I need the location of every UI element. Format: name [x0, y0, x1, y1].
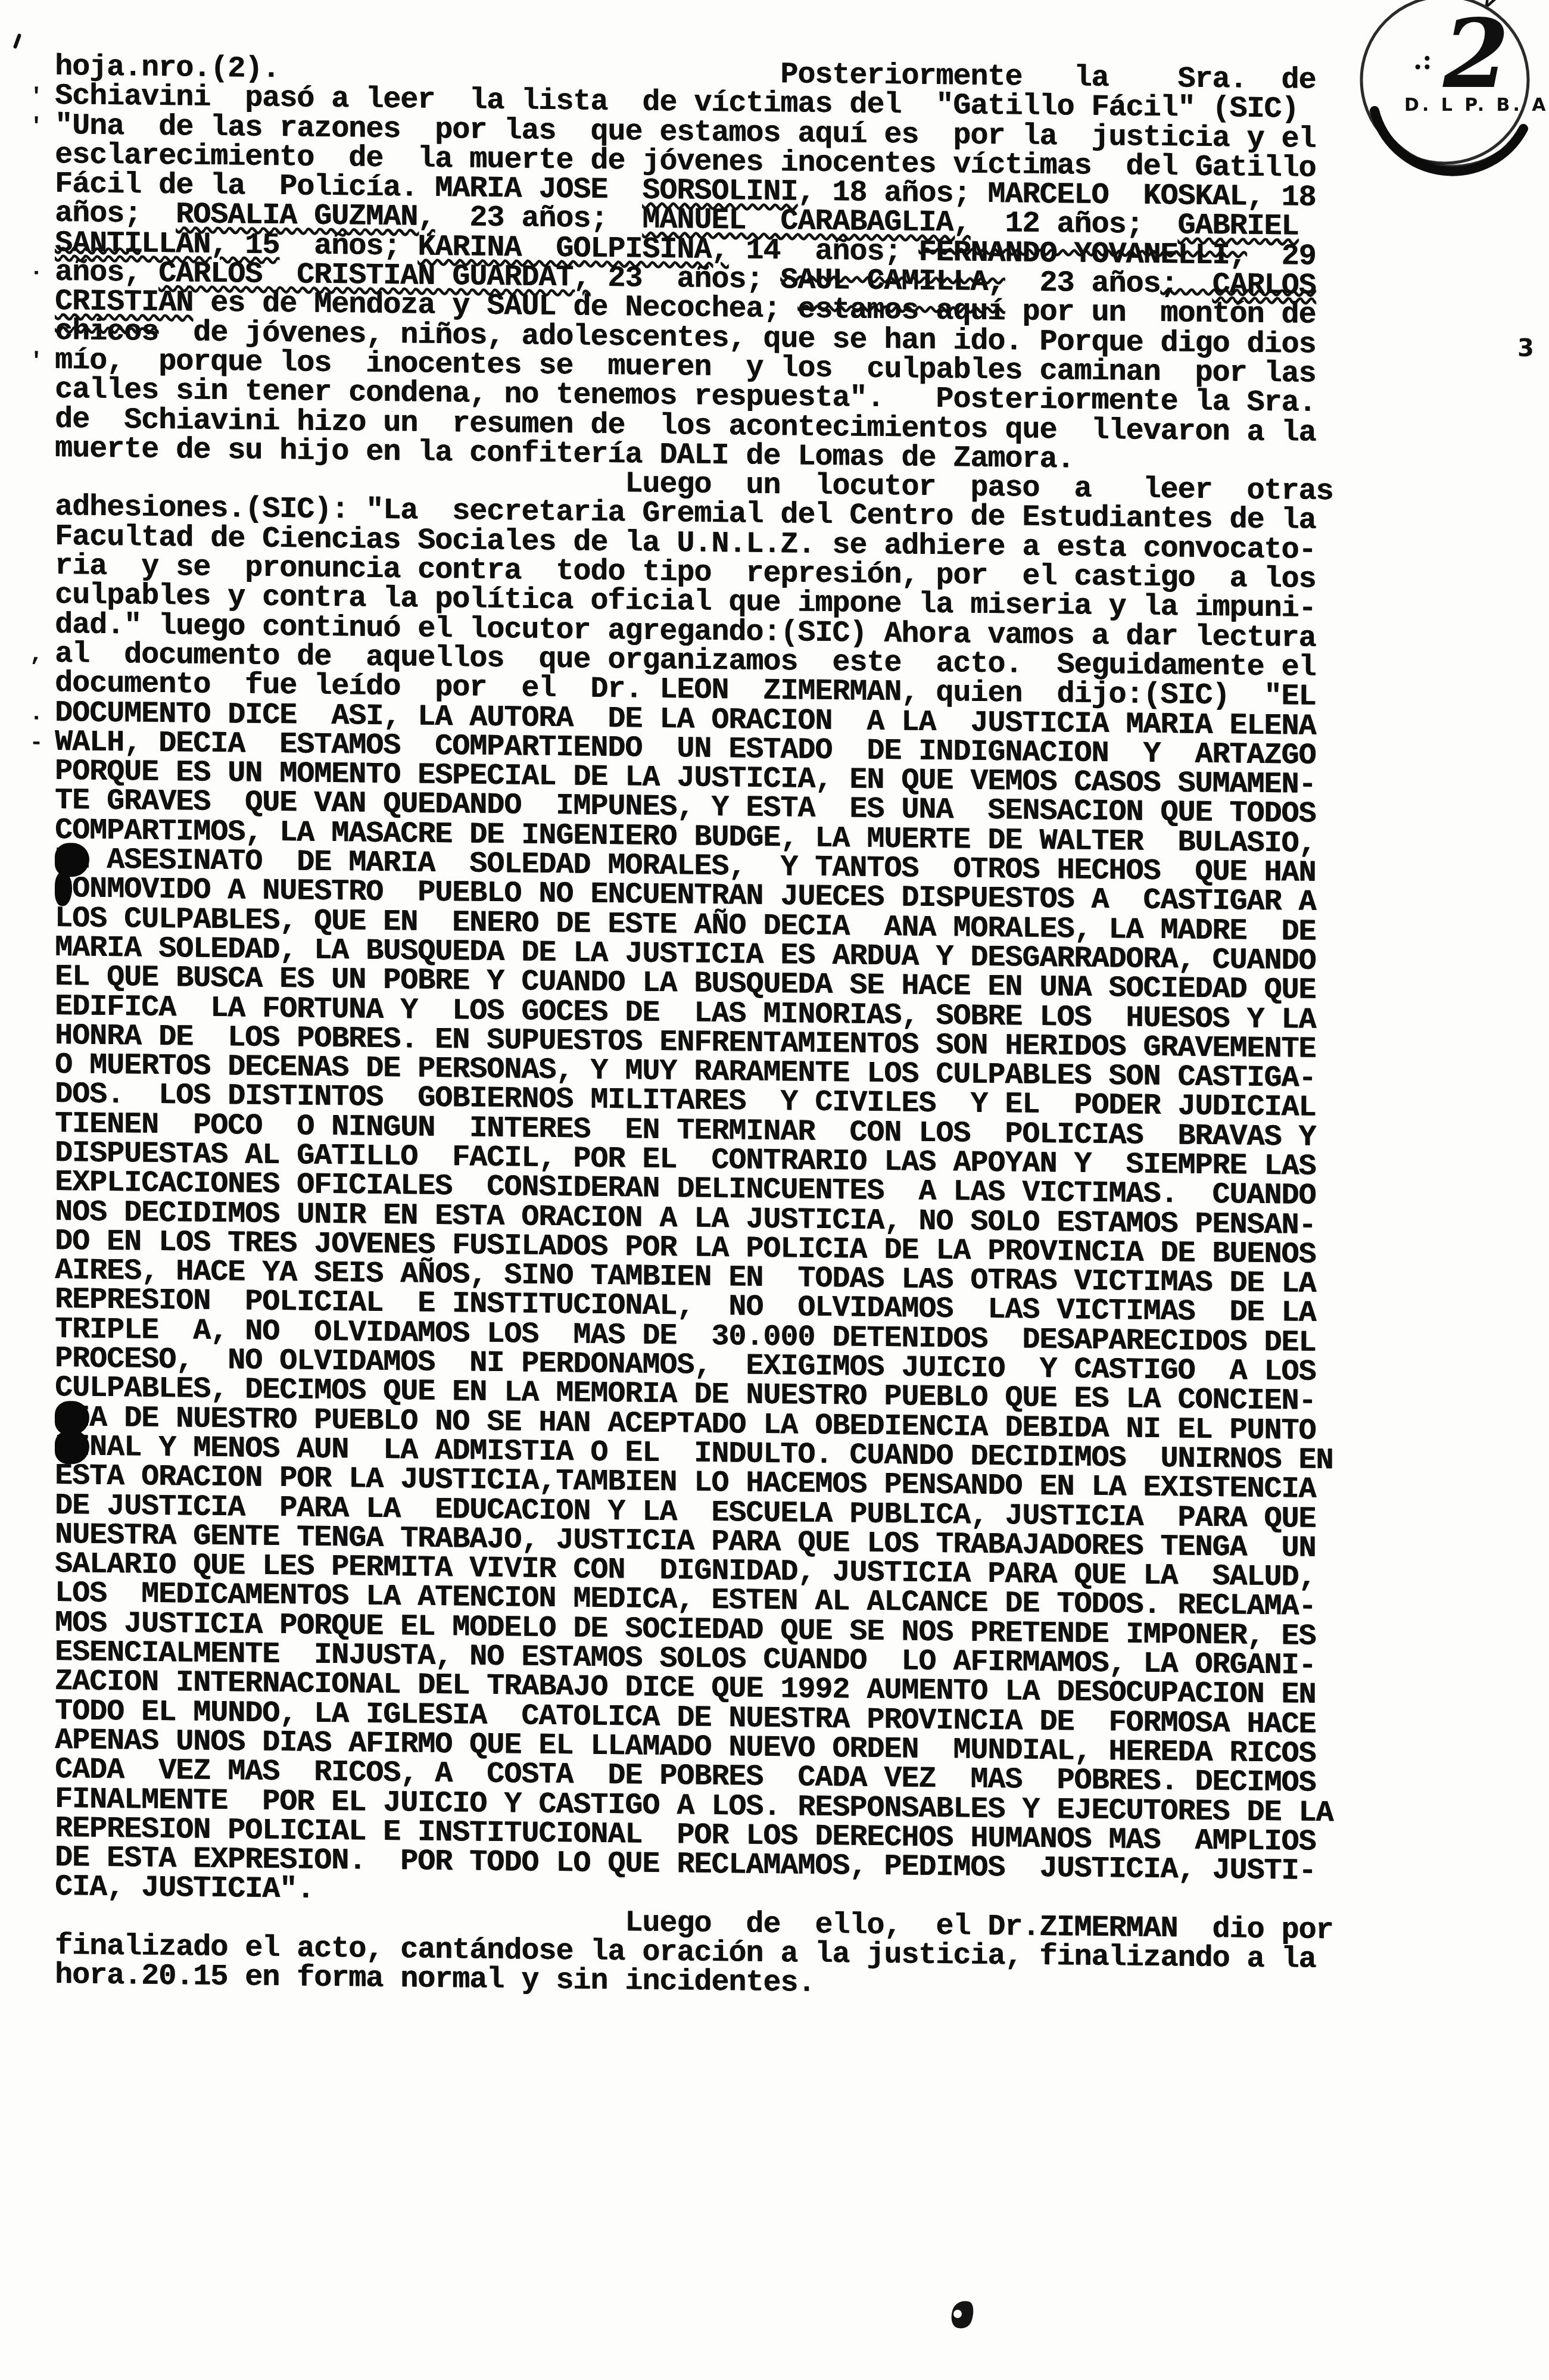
margin-mark: ,	[30, 644, 42, 665]
bottom-ink-smudge	[952, 2300, 975, 2331]
smudge-blob	[948, 2298, 977, 2332]
margin-mark: '	[30, 351, 42, 372]
rubber-stamp: C O V .: 2 D. L P. B. A.	[1351, 0, 1547, 188]
stamp-org-label: D. L P. B. A.	[1404, 95, 1547, 116]
scan-artifact-tick	[13, 33, 22, 49]
stamp-dots: .:	[1413, 45, 1432, 76]
margin-mark: '	[30, 86, 42, 108]
stamp-number: 2	[1442, 0, 1509, 110]
smudge-hole	[953, 2310, 962, 2318]
scanned-document-page: hoja.nro.(2). Posteriormente la Sra. de'…	[0, 0, 1549, 2380]
margin-mark: -	[30, 732, 42, 753]
document-lines: hoja.nro.(2). Posteriormente la Sra. de'…	[55, 52, 1333, 2004]
right-margin-mark: 3	[1517, 335, 1534, 362]
margin-mark: ·	[30, 263, 42, 284]
margin-mark: '	[30, 116, 42, 137]
margin-mark: .	[30, 703, 42, 724]
